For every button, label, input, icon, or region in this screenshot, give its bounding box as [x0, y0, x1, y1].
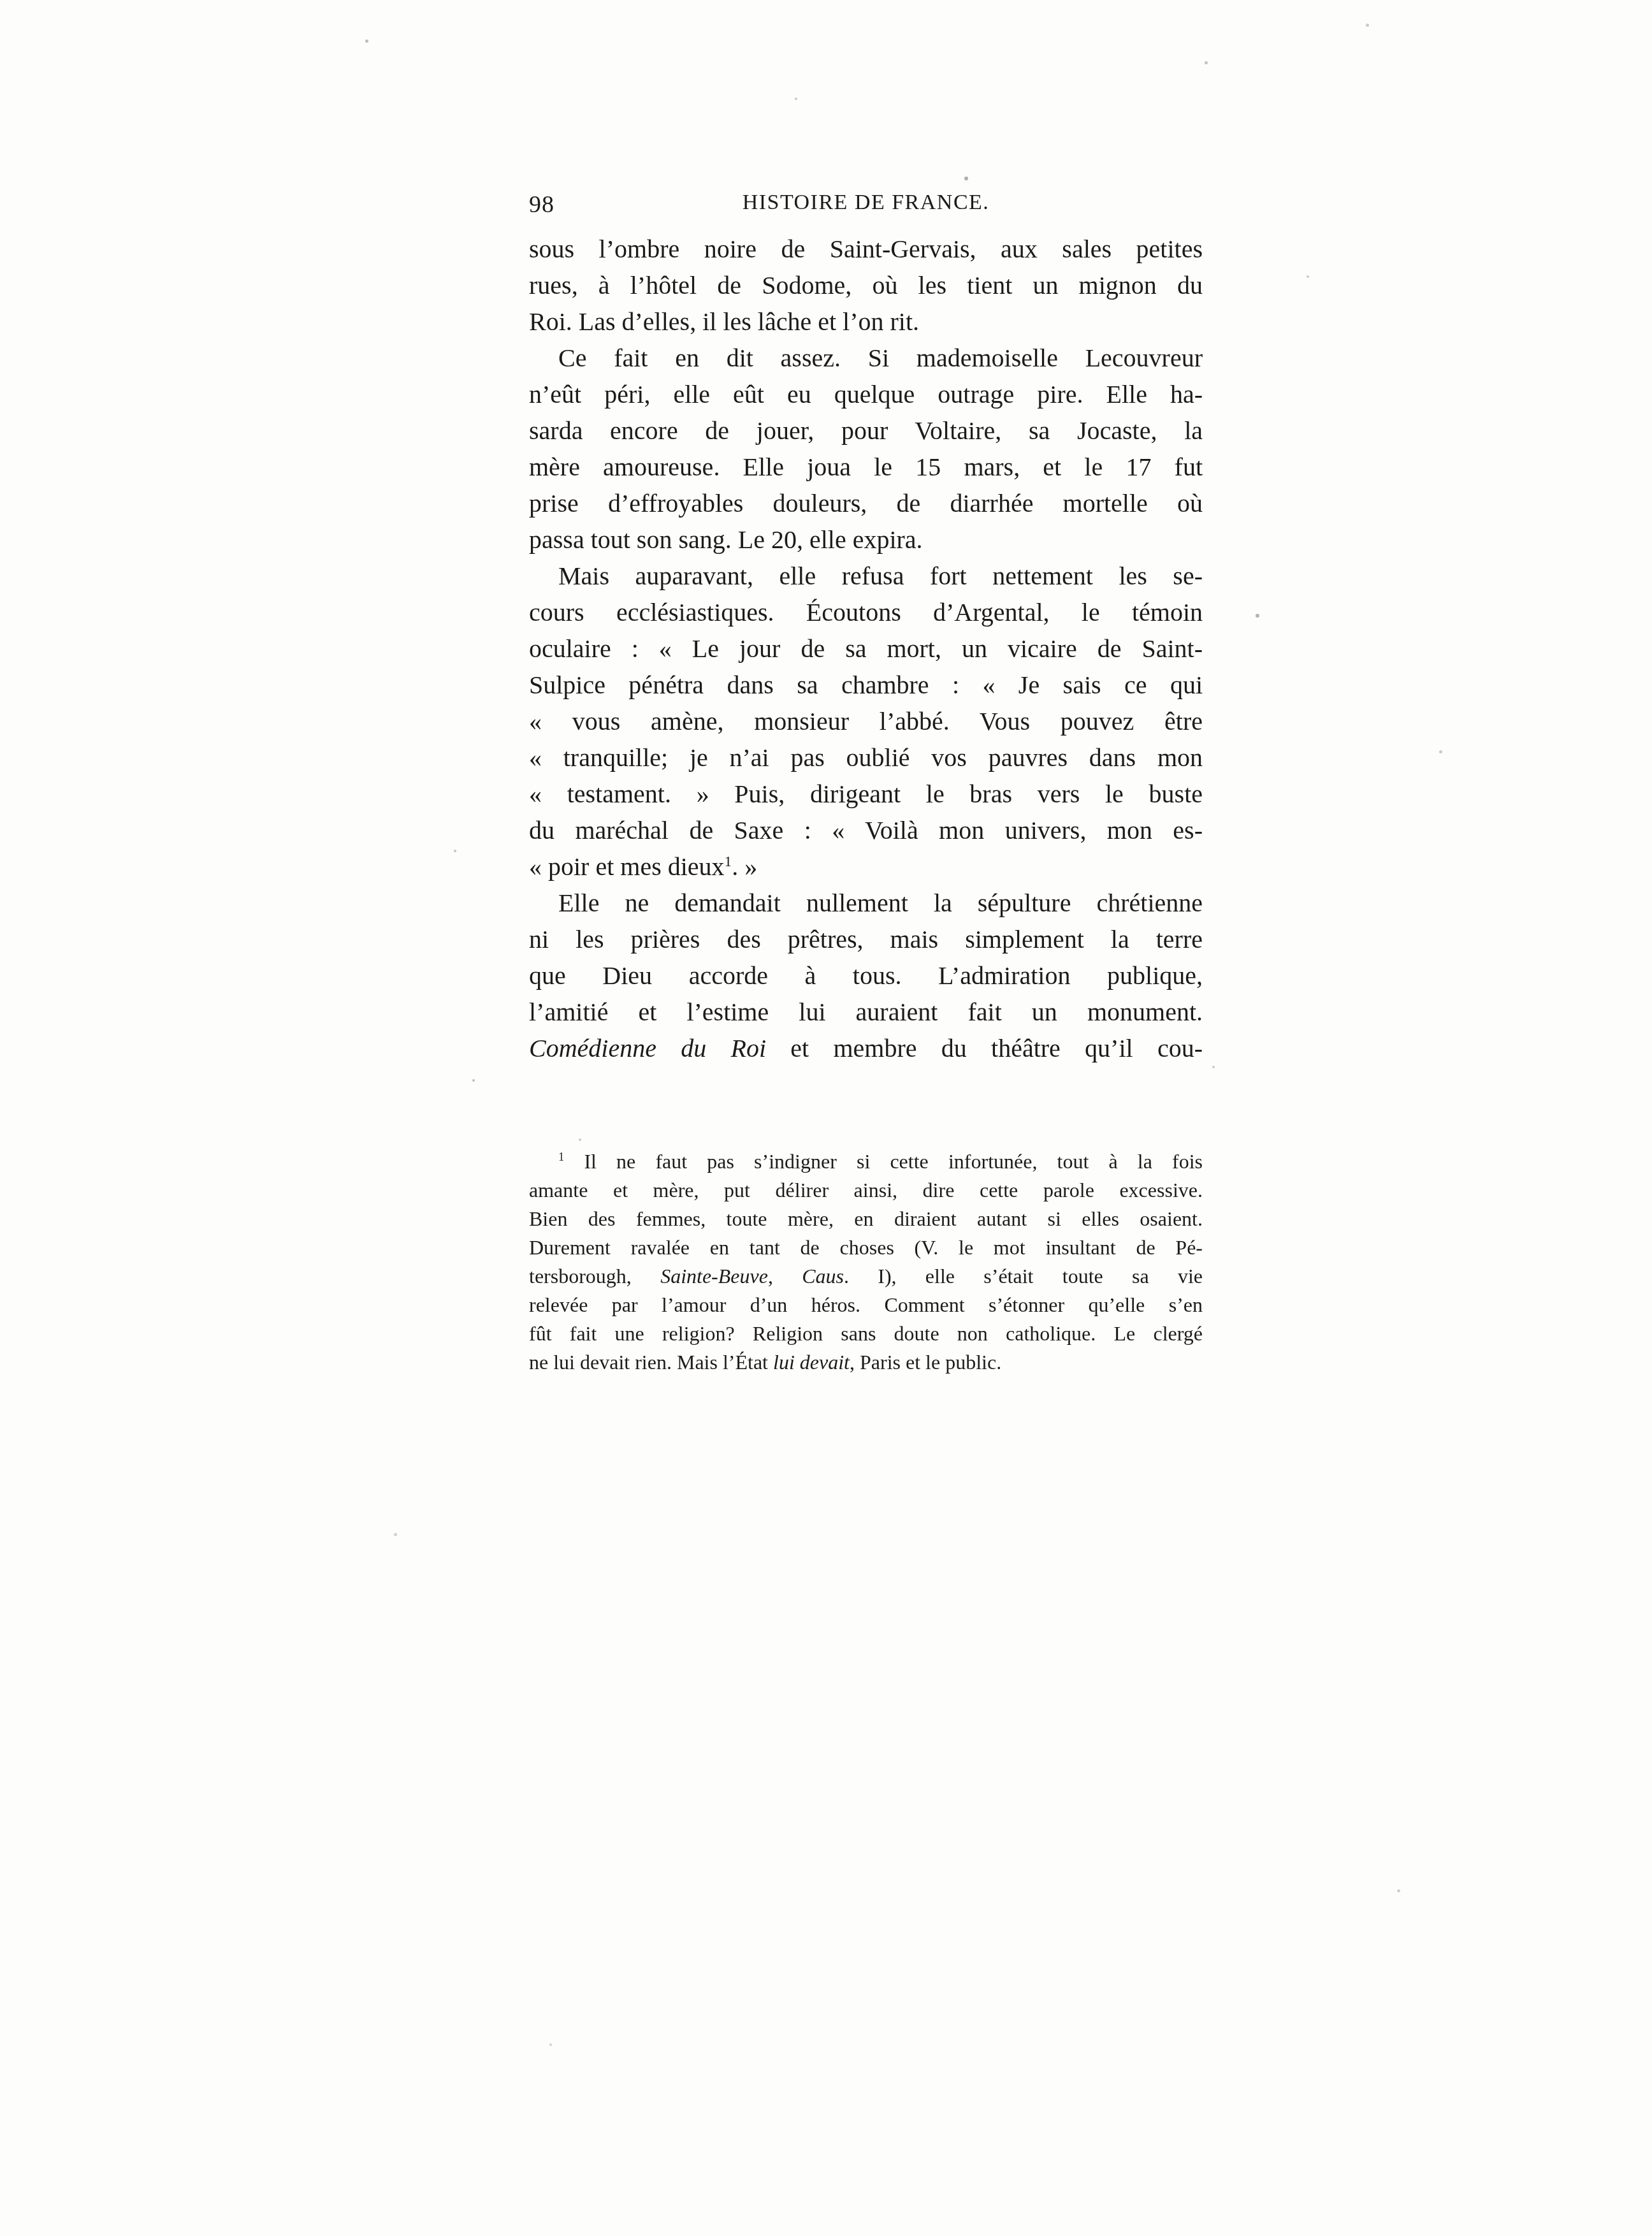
text-line: sous l’ombre noire de Saint-Gervais, aux… [529, 231, 1203, 267]
text-line: mère amoureuse. Elle joua le 15 mars, et… [529, 449, 1203, 485]
text-segment: sous l’ombre noire de Saint-Gervais, aux… [529, 235, 1203, 263]
text-line: rues, à l’hôtel de Sodome, où les tient … [529, 267, 1203, 303]
scan-speckle [1256, 614, 1259, 618]
text-line: passa tout son sang. Le 20, elle expira. [529, 521, 1203, 558]
text-line: « tranquille; je n’ai pas oublié vos pau… [529, 739, 1203, 776]
text-segment: prise d’effroyables douleurs, de diarrhé… [529, 489, 1203, 518]
text-segment: lui devait [773, 1351, 850, 1374]
text-line: du maréchal de Saxe : « Voilà mon univer… [529, 812, 1203, 848]
text-segment: , [768, 1265, 802, 1288]
text-segment: Sainte-Beuve [660, 1265, 768, 1288]
body-text: sous l’ombre noire de Saint-Gervais, aux… [529, 231, 1203, 1066]
scan-speckle [1212, 1066, 1215, 1068]
text-segment: fût fait une religion? Religion sans dou… [529, 1322, 1203, 1345]
text-segment: Il ne faut pas s’indigner si cette infor… [564, 1150, 1203, 1173]
page-number: 98 [529, 191, 554, 219]
footnote: 1 Il ne faut pas s’indigner si cette inf… [529, 1147, 1203, 1377]
footnote-reference: 1 [725, 853, 732, 870]
text-segment: . » [732, 852, 757, 881]
scan-speckle [1397, 1889, 1400, 1892]
text-line: n’eût péri, elle eût eu quelque outrage … [529, 376, 1203, 412]
text-segment: n’eût péri, elle eût eu quelque outrage … [529, 380, 1203, 409]
text-segment: mère amoureuse. Elle joua le 15 mars, et… [529, 453, 1203, 481]
page-header: 98 HISTOIRE DE FRANCE. [529, 189, 1203, 221]
scan-speckle [795, 98, 797, 100]
scan-speckle [394, 1533, 397, 1536]
text-line: Comédienne du Roi et membre du théâtre q… [529, 1030, 1203, 1066]
text-segment: « vous amène, monsieur l’abbé. Vous pouv… [529, 707, 1203, 736]
scan-speckle [1366, 24, 1369, 27]
text-segment: « poir et mes dieux [529, 852, 725, 881]
text-segment: et membre du théâtre qu’il cou- [766, 1034, 1203, 1063]
text-line: amante et mère, put délirer ainsi, dire … [529, 1176, 1203, 1205]
scan-speckle [472, 1079, 475, 1082]
text-segment: . I), elle s’était toute sa vie [844, 1265, 1203, 1288]
text-line: 1 Il ne faut pas s’indigner si cette inf… [529, 1147, 1203, 1176]
text-segment: cours ecclésiastiques. Écoutons d’Argent… [529, 598, 1203, 627]
text-segment: sarda encore de jouer, pour Voltaire, sa… [529, 416, 1203, 445]
text-segment: Bien des femmes, toute mère, en diraient… [529, 1207, 1203, 1230]
text-segment: « testament. » Puis, dirigeant le bras v… [529, 780, 1203, 808]
scan-speckle [549, 2044, 552, 2046]
running-title: HISTOIRE DE FRANCE. [743, 191, 990, 214]
text-segment: tersborough, [529, 1265, 660, 1288]
text-line: Durement ravalée en tant de choses (V. l… [529, 1233, 1203, 1262]
text-line: Sulpice pénétra dans sa chambre : « Je s… [529, 667, 1203, 703]
text-line: ni les prières des prêtres, mais simplem… [529, 921, 1203, 957]
text-segment: Caus [802, 1265, 844, 1288]
scan-speckle [1307, 275, 1309, 278]
text-segment: ni les prières des prêtres, mais simplem… [529, 925, 1203, 954]
text-segment: passa tout son sang. Le 20, elle expira. [529, 525, 923, 554]
text-line: que Dieu accorde à tous. L’admiration pu… [529, 957, 1203, 994]
text-segment: amante et mère, put délirer ainsi, dire … [529, 1179, 1203, 1201]
scan-speckle [1205, 61, 1208, 64]
text-line: l’amitié et l’estime lui auraient fait u… [529, 994, 1203, 1030]
text-segment: rues, à l’hôtel de Sodome, où les tient … [529, 271, 1203, 300]
text-line: prise d’effroyables douleurs, de diarrhé… [529, 485, 1203, 521]
text-line: Ce fait en dit assez. Si mademoiselle Le… [529, 340, 1203, 376]
text-line: Mais auparavant, elle refusa fort nettem… [529, 558, 1203, 594]
text-line: cours ecclésiastiques. Écoutons d’Argent… [529, 594, 1203, 630]
text-segment: Elle ne demandait nullement la sépulture… [558, 889, 1203, 917]
text-segment: que Dieu accorde à tous. L’admiration pu… [529, 961, 1203, 990]
text-segment: Ce fait en dit assez. Si mademoiselle Le… [558, 344, 1203, 372]
text-line: ne lui devait rien. Mais l’État lui deva… [529, 1348, 1203, 1377]
text-segment: « tranquille; je n’ai pas oublié vos pau… [529, 743, 1203, 772]
text-line: « testament. » Puis, dirigeant le bras v… [529, 776, 1203, 812]
text-line: Bien des femmes, toute mère, en diraient… [529, 1205, 1203, 1233]
scan-speckle [579, 1138, 581, 1141]
text-segment: Durement ravalée en tant de choses (V. l… [529, 1236, 1203, 1259]
scan-speckle [964, 177, 968, 180]
book-page: 98 HISTOIRE DE FRANCE. sous l’ombre noir… [0, 0, 1652, 2236]
text-segment: Roi. Las d’elles, il les lâche et l’on r… [529, 307, 919, 336]
text-segment: Sulpice pénétra dans sa chambre : « Je s… [529, 671, 1203, 699]
text-segment: l’amitié et l’estime lui auraient fait u… [529, 998, 1203, 1026]
text-line: sarda encore de jouer, pour Voltaire, sa… [529, 412, 1203, 449]
text-line: Roi. Las d’elles, il les lâche et l’on r… [529, 303, 1203, 340]
text-line: relevée par l’amour d’un héros. Comment … [529, 1291, 1203, 1319]
text-line: Elle ne demandait nullement la sépulture… [529, 885, 1203, 921]
text-line: tersborough, Sainte-Beuve, Caus. I), ell… [529, 1262, 1203, 1291]
text-line: « poir et mes dieux1. » [529, 848, 1203, 885]
scan-speckle [1439, 750, 1442, 753]
scan-speckle [454, 850, 456, 852]
text-segment: , Paris et le public. [850, 1351, 1001, 1374]
text-segment: Comédienne du Roi [529, 1034, 766, 1063]
footnote-reference: 1 [558, 1151, 564, 1164]
text-line: oculaire : « Le jour de sa mort, un vica… [529, 630, 1203, 667]
text-segment: relevée par l’amour d’un héros. Comment … [529, 1293, 1203, 1316]
scan-speckle [365, 40, 368, 43]
text-segment: ne lui devait rien. Mais l’État [529, 1351, 773, 1374]
text-segment: du maréchal de Saxe : « Voilà mon univer… [529, 816, 1203, 845]
text-segment: oculaire : « Le jour de sa mort, un vica… [529, 634, 1203, 663]
text-line: « vous amène, monsieur l’abbé. Vous pouv… [529, 703, 1203, 739]
text-segment: Mais auparavant, elle refusa fort nettem… [558, 562, 1203, 590]
text-line: fût fait une religion? Religion sans dou… [529, 1319, 1203, 1348]
